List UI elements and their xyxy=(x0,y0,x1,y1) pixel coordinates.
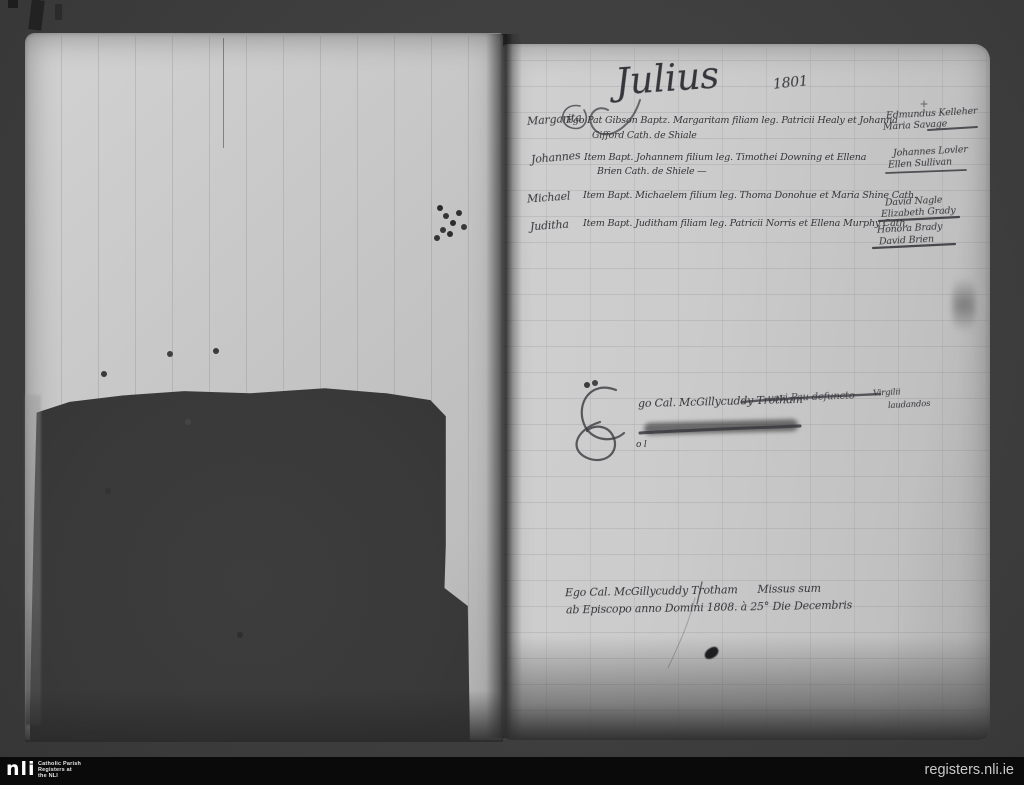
register-scan-viewport: Julius 1801 Margarita Ego Pat Gibson Bap… xyxy=(0,0,1024,785)
struck-entry-side-word: laudandos xyxy=(888,400,931,411)
page-bottom-shadow-right xyxy=(503,636,990,740)
struck-entry-marks: o l xyxy=(636,441,647,450)
watermark-url: registers.nli.ie xyxy=(0,762,1014,778)
entry-text-line: Item Bapt. Juditham filiam leg. Patricii… xyxy=(583,219,908,229)
page-bottom-shadow-left xyxy=(25,690,503,742)
scan-artifact xyxy=(28,0,45,31)
entry-text-line: Item Bapt. Michaelem filium leg. Thoma D… xyxy=(583,191,917,201)
entry-margin-name: Juditha xyxy=(530,219,569,233)
torn-page-void xyxy=(30,384,470,742)
footer-band: nli Catholic Parish Registers at the NLI… xyxy=(0,757,1024,785)
ink-specks xyxy=(0,0,4,4)
entry-text-line: Brien Cath. de Shiele — xyxy=(597,167,706,176)
entry-text-line: Gifford Cath. de Shiale xyxy=(592,131,697,140)
entry-text-line: Item Bapt. Johannem filium leg. Timothei… xyxy=(584,153,866,163)
scan-artifact xyxy=(55,4,62,20)
edge-smudge xyxy=(952,268,976,342)
year-label: 1801 xyxy=(772,74,808,92)
struck-entry-side-word: Virgilii xyxy=(873,388,901,398)
month-header: Julius xyxy=(614,56,720,100)
ruled-line-dark xyxy=(223,38,224,148)
entry-text-line: Ego Pat Gibson Baptz. Margaritam filiam … xyxy=(566,116,898,126)
entry-margin-name: Michael xyxy=(527,191,571,205)
torn-edge-strip xyxy=(25,395,41,725)
scan-artifact xyxy=(8,0,18,8)
book-gutter-shadow xyxy=(486,34,522,738)
